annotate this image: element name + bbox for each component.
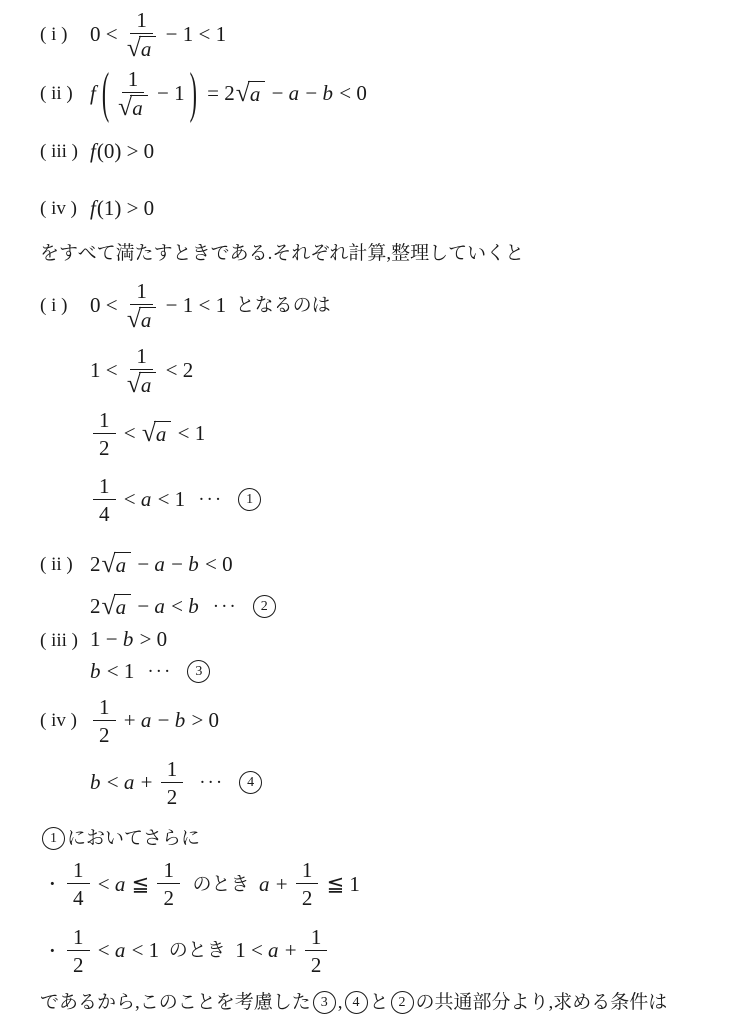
fraction: 1√a [117, 67, 149, 120]
fraction-numerator: 1 [67, 858, 90, 884]
fraction: 12 [93, 695, 116, 747]
step-iv-eq: ( iv )12 + a − b > 0 [40, 695, 720, 747]
math-text: < 1 [152, 487, 185, 513]
ellipsis-dots: ··· [213, 595, 238, 618]
ellipsis-dots: ··· [147, 660, 172, 683]
math-text: 2 [99, 436, 110, 460]
text-run: のとき [159, 939, 235, 962]
item-label: ( ii ) [40, 553, 90, 576]
math-text: − [152, 708, 174, 734]
circled-number: 2 [253, 595, 276, 618]
math-var: b [175, 708, 187, 734]
big-paren: ( [102, 60, 109, 128]
sqrt-expression: √a [102, 552, 132, 577]
math-text: 1 [163, 858, 174, 882]
math-text: 1 [99, 408, 110, 432]
condition-iii: ( iii )f(0) > 0 [40, 139, 720, 165]
math-text: 4 [99, 502, 110, 526]
item-label: ( iii ) [40, 629, 90, 652]
fraction: 1√a [126, 279, 158, 332]
math-text: 2 [302, 886, 313, 910]
math-text: 1 [311, 925, 322, 949]
math-var: a [268, 938, 280, 964]
math-text: > 0 [134, 627, 167, 653]
math-text: < [93, 872, 115, 898]
fraction-denominator: √a [126, 34, 158, 61]
fraction: 12 [161, 757, 184, 809]
math-text: 1 [167, 757, 178, 781]
math-text: 1 − [90, 627, 123, 653]
math-var: b [123, 627, 135, 653]
math-text: < 1 [126, 938, 159, 964]
math-text: 1 [136, 279, 147, 303]
math-text: < [102, 770, 124, 796]
fraction: 14 [93, 474, 116, 526]
circled-number: 3 [313, 991, 336, 1014]
fraction-numerator: 1 [122, 67, 145, 93]
math-text: 1 [302, 858, 313, 882]
math-text: − 1 [152, 81, 185, 107]
math-var: a [115, 872, 127, 898]
math-text: 2 [90, 594, 101, 620]
math-var: a [116, 595, 128, 619]
fraction-numerator: 1 [130, 279, 153, 305]
step-ii-eq: ( ii )2√a − a − b < 0 [40, 552, 720, 578]
math-text: − [132, 552, 154, 578]
math-text: ≦ [126, 872, 154, 898]
math-var: a [289, 81, 301, 107]
math-var: a [124, 770, 136, 796]
fraction: 12 [93, 408, 116, 460]
sqrt-expression: √a [127, 307, 157, 332]
math-text: 2 [163, 886, 174, 910]
math-text: < 2 [160, 358, 193, 384]
math-text: > 0 [186, 708, 219, 734]
math-text: 4 [73, 886, 84, 910]
fraction-denominator: 2 [163, 884, 174, 910]
math-text: < 1 [102, 659, 135, 685]
math-text: + [135, 770, 157, 796]
math-text: 1 [73, 925, 84, 949]
fraction: 1√a [126, 8, 158, 61]
math-text: 0 < [90, 22, 123, 48]
fraction-numerator: 1 [161, 757, 184, 783]
ellipsis-dots: ··· [198, 488, 223, 511]
math-text: < [119, 421, 141, 447]
sqrt-expression: √a [102, 594, 132, 619]
fraction-numerator: 1 [130, 344, 153, 370]
fraction-denominator: √a [126, 370, 158, 397]
radicand: a [130, 95, 148, 120]
math-text: < 0 [334, 81, 367, 107]
text-run: をすべて満たすときである.それぞれ計算,整理していくと [40, 242, 524, 265]
math-text: 1 [136, 344, 147, 368]
math-text: < [119, 487, 141, 513]
radicand: a [139, 372, 157, 397]
math-text: (0) > 0 [97, 139, 154, 165]
fraction-numerator: 1 [93, 408, 116, 434]
fraction-numerator: 1 [67, 925, 90, 951]
math-var: b [323, 81, 335, 107]
math-text: < [166, 594, 188, 620]
math-var: b [90, 770, 102, 796]
math-text: − [266, 81, 288, 107]
fraction: 12 [305, 925, 328, 977]
fraction: 12 [67, 925, 90, 977]
fraction-denominator: √a [126, 305, 158, 332]
text-run: のとき [183, 873, 259, 896]
math-var: a [141, 487, 153, 513]
big-paren: ) [190, 60, 197, 128]
fraction-numerator: 1 [305, 925, 328, 951]
fraction-denominator: 2 [73, 951, 84, 977]
item-label: ( iv ) [40, 197, 90, 220]
fraction: 12 [157, 858, 180, 910]
math-text: (1) > 0 [97, 196, 154, 222]
math-var: a [141, 37, 153, 61]
step-ii-result: 2√a − a < b···2 [90, 594, 720, 620]
item-label: ( ii ) [40, 82, 90, 105]
step-iii-eq: ( iii )1 − b > 0 [40, 627, 720, 653]
radicand: a [114, 594, 132, 619]
fraction-denominator: 4 [99, 500, 110, 526]
paragraph-case-intro: 1においてさらに [40, 827, 720, 850]
item-label: ( i ) [40, 294, 90, 317]
item-label: ( iv ) [40, 709, 90, 732]
math-var: f [90, 139, 97, 165]
radicand: a [114, 552, 132, 577]
condition-ii: ( ii )f(1√a − 1) = 2√a − a − b < 0 [40, 67, 720, 120]
condition-iv: ( iv )f(1) > 0 [40, 196, 720, 222]
math-text: 1 < [90, 358, 123, 384]
math-var: f [90, 81, 97, 107]
math-var: a [132, 96, 144, 120]
math-text: 2 [167, 785, 178, 809]
fraction-numerator: 1 [130, 8, 153, 34]
fraction-numerator: 1 [296, 858, 319, 884]
text-run: の共通部分より,求める条件は [416, 991, 668, 1014]
math-text: 2 [99, 723, 110, 747]
fraction: 14 [67, 858, 90, 910]
circled-number: 2 [391, 991, 414, 1014]
math-text: 1 [136, 8, 147, 32]
text-run: となるのは [226, 294, 331, 317]
sqrt-expression: √a [118, 95, 148, 120]
text-run: においてさらに [67, 827, 200, 850]
math-text: < 1 [172, 421, 205, 447]
math-text: + [280, 938, 302, 964]
math-text: − 1 < 1 [160, 293, 226, 319]
step-iv-result: b < a + 12···4 [90, 757, 720, 809]
step-i-result: 14 < a < 1···1 [90, 474, 720, 526]
math-text: = 2 [202, 81, 235, 107]
document-page: ( i )0 < 1√a − 1 < 1( ii )f(1√a − 1) = 2… [0, 0, 748, 1024]
step-i-restate: ( i )0 < 1√a − 1 < 1 となるのは [40, 279, 720, 332]
math-text: 2 [311, 953, 322, 977]
text-run: であるから,このことを考慮した [40, 991, 311, 1014]
math-text: + [270, 872, 292, 898]
math-text: 1 [128, 67, 139, 91]
math-text: − [300, 81, 322, 107]
math-var: a [141, 373, 153, 397]
math-text: < [93, 938, 115, 964]
math-text: < 0 [200, 552, 233, 578]
ellipsis-dots: ··· [199, 771, 224, 794]
math-text: − [166, 552, 188, 578]
math-var: f [90, 196, 97, 222]
math-text: 1 [99, 474, 110, 498]
step-i-eq2: 12 < √a < 1 [90, 408, 720, 460]
radicand: a [154, 421, 172, 446]
math-text: ≦ 1 [321, 872, 360, 898]
math-text: 2 [73, 953, 84, 977]
math-text: − [132, 594, 154, 620]
step-iii-result: b < 1···3 [90, 659, 720, 685]
fraction: 1√a [126, 344, 158, 397]
math-text: 0 < [90, 293, 123, 319]
condition-i: ( i )0 < 1√a − 1 < 1 [40, 8, 720, 61]
radicand: a [248, 81, 266, 106]
fraction-denominator: 2 [311, 951, 322, 977]
math-text: − 1 < 1 [160, 22, 226, 48]
text-run: と [370, 991, 389, 1014]
fraction-numerator: 1 [93, 474, 116, 500]
paragraph-intro: をすべて満たすときである.それぞれ計算,整理していくと [40, 242, 720, 265]
math-var: a [154, 594, 166, 620]
document-body: ( i )0 < 1√a − 1 < 1( ii )f(1√a − 1) = 2… [40, 8, 720, 1014]
paragraph-conclusion: であるから,このことを考慮した3,4と2の共通部分より,求める条件は [40, 991, 720, 1014]
math-var: b [188, 552, 200, 578]
math-var: a [141, 708, 153, 734]
fraction-numerator: 1 [157, 858, 180, 884]
case-1: ·14 < a ≦ 12 のとき a + 12 ≦ 1 [48, 858, 720, 910]
math-var: b [90, 659, 102, 685]
math-var: a [156, 422, 168, 446]
case-2: ·12 < a < 1 のとき 1 < a + 12 [48, 925, 720, 977]
sqrt-expression: √a [127, 36, 157, 61]
fraction-denominator: √a [117, 93, 149, 120]
math-text: 1 [73, 858, 84, 882]
radicand: a [139, 307, 157, 332]
sqrt-expression: √a [127, 372, 157, 397]
sqrt-expression: √a [142, 421, 172, 446]
step-i-eq1: 1 < 1√a < 2 [90, 344, 720, 397]
radicand: a [139, 36, 157, 61]
math-text: 1 [99, 695, 110, 719]
item-label: ( i ) [40, 23, 90, 46]
math-var: a [154, 552, 166, 578]
fraction-denominator: 2 [99, 434, 110, 460]
fraction-denominator: 2 [167, 783, 178, 809]
math-var: a [115, 938, 127, 964]
math-var: a [259, 872, 271, 898]
fraction-numerator: 1 [93, 695, 116, 721]
math-text: 1 < [235, 938, 268, 964]
math-text: + [119, 708, 141, 734]
fraction: 12 [296, 858, 319, 910]
circled-number: 4 [239, 771, 262, 794]
math-text: 2 [90, 552, 101, 578]
circled-number: 4 [345, 991, 368, 1014]
circled-number: 3 [187, 660, 210, 683]
item-label: ( iii ) [40, 140, 90, 163]
circled-number: 1 [42, 827, 65, 850]
math-var: a [116, 553, 128, 577]
sqrt-expression: √a [236, 81, 266, 106]
math-var: a [141, 308, 153, 332]
fraction-denominator: 4 [73, 884, 84, 910]
fraction-denominator: 2 [99, 721, 110, 747]
math-var: b [188, 594, 200, 620]
math-var: a [250, 82, 262, 106]
circled-number: 1 [238, 488, 261, 511]
fraction-denominator: 2 [302, 884, 313, 910]
text-run: , [338, 991, 343, 1014]
